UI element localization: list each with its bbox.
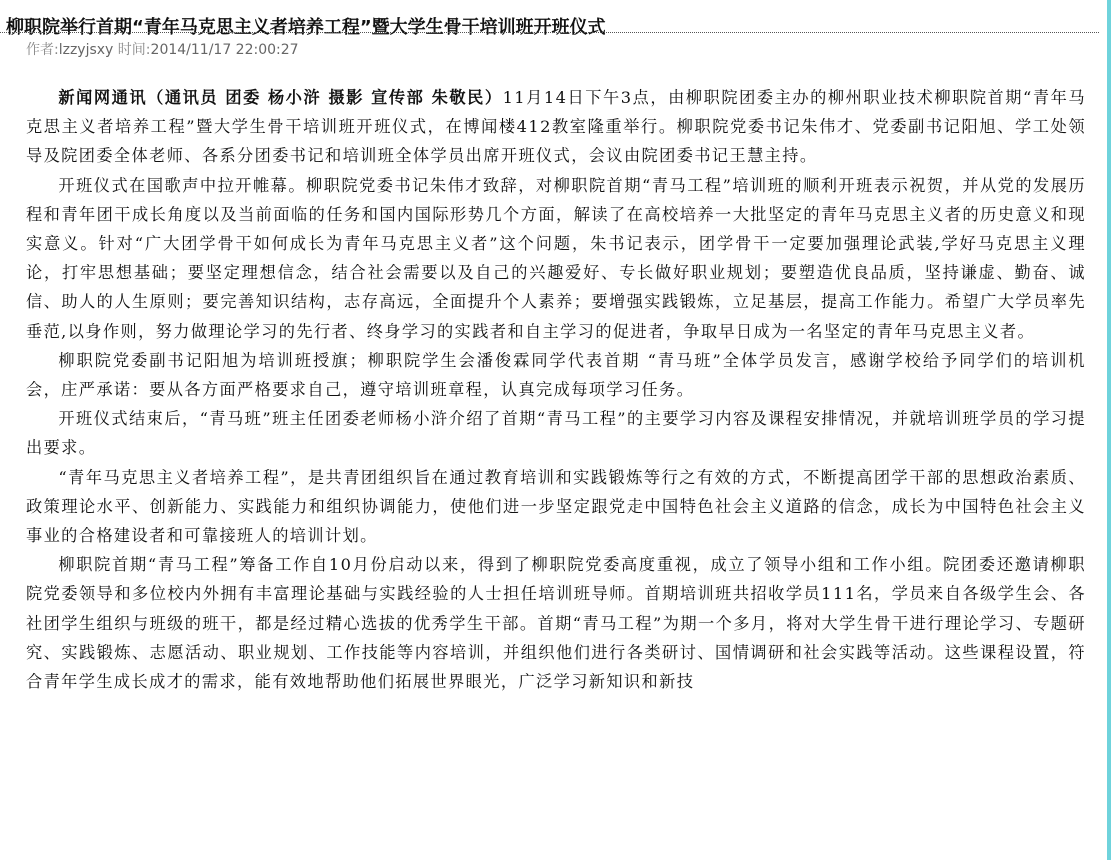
paragraph: “青年马克思主义者培养工程”，是共青团组织旨在通过教育培训和实践锻炼等行之有效的…	[26, 463, 1086, 551]
title-divider	[0, 32, 1099, 33]
paragraph: 开班仪式在国歌声中拉开帷幕。柳职院党委书记朱伟才致辞，对柳职院首期“青马工程”培…	[26, 171, 1086, 346]
time-label: 时间:	[113, 42, 150, 58]
article-body: 新闻网通讯（通讯员 团委 杨小浒 摄影 宣传部 朱敬民）11月14日下午3点，由…	[26, 83, 1086, 696]
author-label: 作者:	[26, 42, 59, 58]
paragraph: 开班仪式结束后，“青马班”班主任团委老师杨小浒介绍了首期“青马工程”的主要学习内…	[26, 404, 1086, 462]
article-title: 柳职院举行首期“青年马克思主义者培养工程”暨大学生骨干培训班开班仪式	[6, 16, 606, 40]
paragraph: 柳职院首期“青马工程”筹备工作自10月份启动以来，得到了柳职院党委高度重视，成立…	[26, 550, 1086, 696]
paragraph: 柳职院党委副书记阳旭为培训班授旗；柳职院学生会潘俊霖同学代表首期 “青马班”全体…	[26, 346, 1086, 404]
paragraph: 新闻网通讯（通讯员 团委 杨小浒 摄影 宣传部 朱敬民）11月14日下午3点，由…	[26, 83, 1086, 171]
author-name: lzzyjsxy	[59, 42, 114, 58]
article-meta: 作者:lzzyjsxy 时间:2014/11/17 22:00:27	[26, 40, 299, 60]
publish-time: 2014/11/17 22:00:27	[151, 42, 299, 58]
dateline: 新闻网通讯（通讯员 团委 杨小浒 摄影 宣传部 朱敬民）	[58, 88, 502, 107]
window-edge-strip	[1107, 0, 1111, 860]
